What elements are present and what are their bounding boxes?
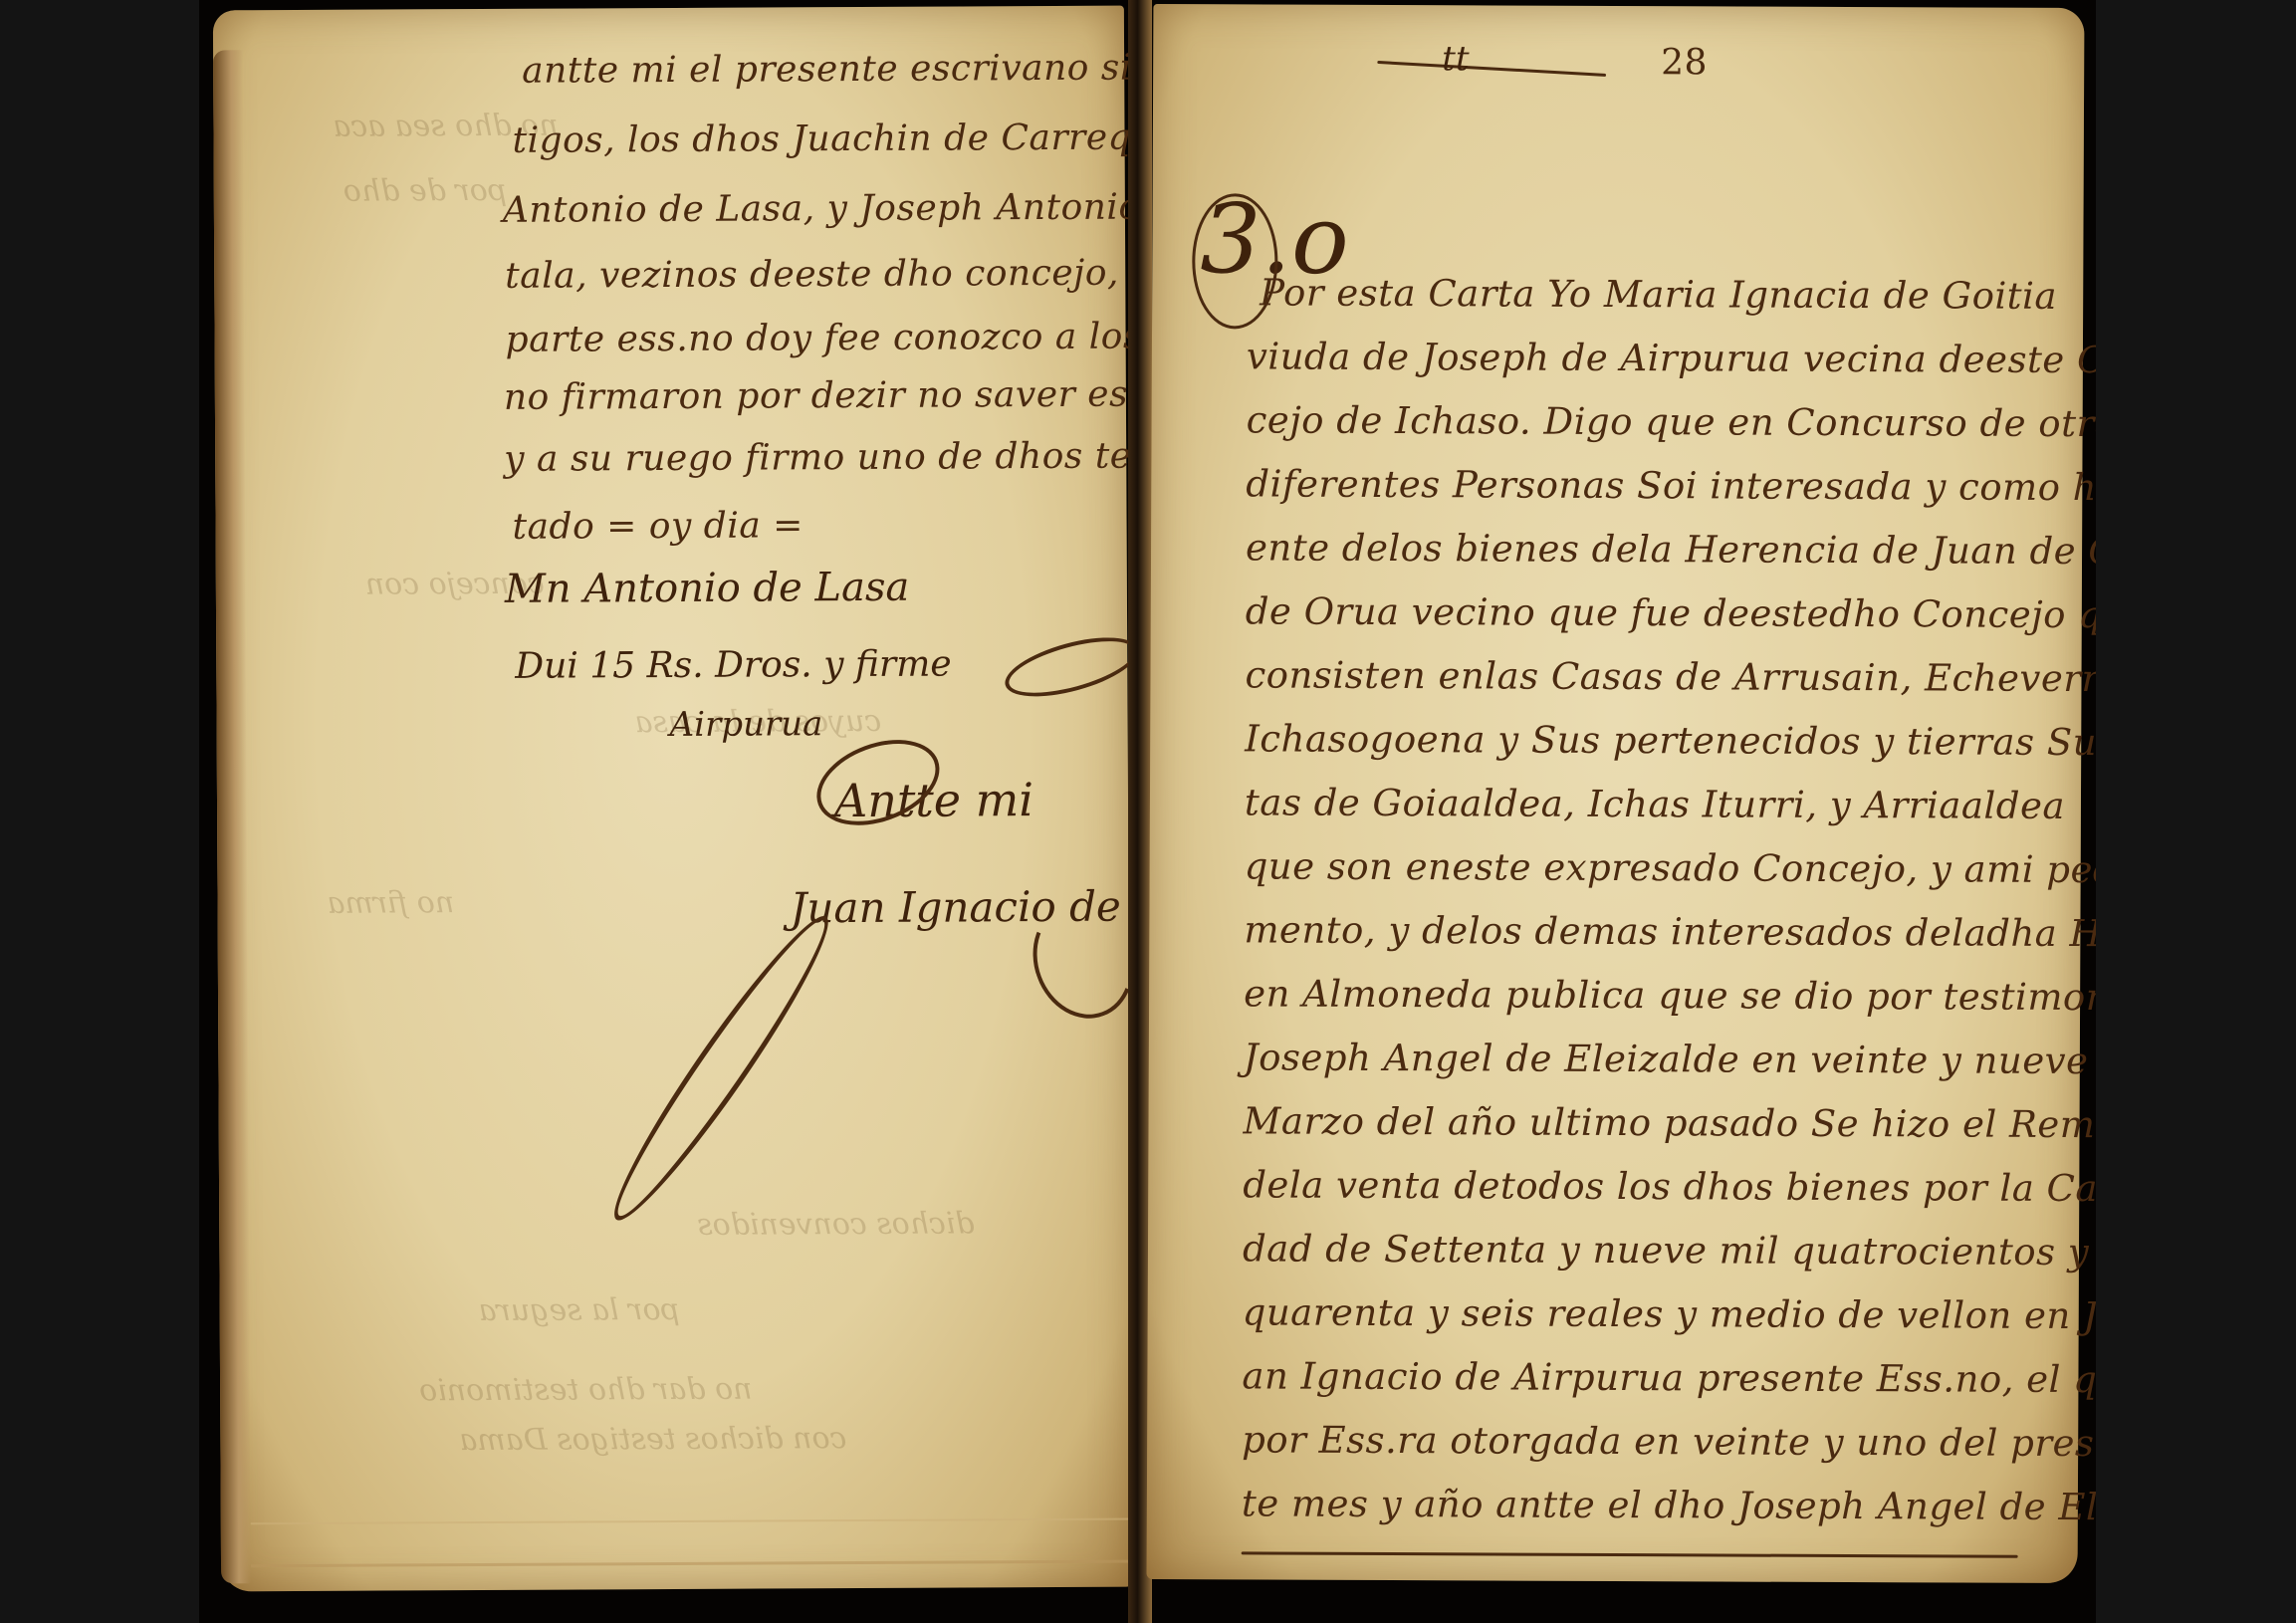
text-line: no firmaron por dezir no saver escrivir: [504, 373, 1229, 418]
text-line: diferentes Personas Soi interesada y com…: [1246, 462, 2096, 509]
bleed-through-text: por la segura: [479, 1292, 680, 1328]
text-line: que son eneste expresado Concejo, y ami …: [1245, 844, 2096, 891]
bleed-through-text: no dar dho testimonio: [419, 1372, 753, 1409]
signature-airpurua-short: Airpurua: [670, 704, 823, 745]
left-page: no dho sea aca por de dho concejo con cu…: [213, 6, 1132, 1592]
signature-flourish: [999, 626, 1144, 709]
bleed-through-text: con dichos testigos Dama: [459, 1421, 846, 1458]
text-line: cejo de Ichaso. Digo que en Concurso de …: [1247, 398, 2096, 445]
closing-rule: [1242, 1551, 2018, 1557]
text-line: por Ess.ra otorgada en veinte y uno del …: [1242, 1418, 2096, 1465]
manuscript-scan: no dho sea aca por de dho concejo con cu…: [199, 0, 2096, 1623]
text-line: Por esta Carta Yo Maria Ignacia de Goiti…: [1260, 271, 2057, 317]
text-line: an Ignacio de Airpurua presente Ess.no, …: [1242, 1354, 2096, 1401]
text-line: Joseph Angel de Eleizalde en veinte y nu…: [1244, 1036, 2096, 1082]
text-line: Ichasogoena y Sus pertenecidos y tierras…: [1245, 717, 2096, 764]
page-edge: [213, 50, 251, 1583]
text-line: dad de Settenta y nueve mil quatrociento…: [1243, 1227, 2089, 1274]
signature-lasa: Mn Antonio de Lasa: [505, 565, 910, 612]
left-page-text: antte mi el presente escrivano siendo te…: [213, 6, 1124, 11]
folio-number: 28: [1661, 42, 1708, 83]
text-line: dela venta detodos los dhos bienes por l…: [1243, 1163, 2096, 1210]
text-line: ente delos bienes dela Herencia de Juan …: [1246, 526, 2096, 573]
text-line: tas de Goiaaldea, Ichas Iturri, y Arriaa…: [1245, 781, 2065, 827]
text-line: viuda de Joseph de Airpurua vecina deest…: [1247, 335, 2096, 381]
text-line: en Almoneda publica que se dio por testi…: [1244, 972, 2096, 1019]
folio-mark: tt: [1442, 39, 1470, 79]
text-line: te mes y año antte el dho Joseph Angel d…: [1242, 1482, 2096, 1528]
right-page-text: Por esta Carta Yo Maria Ignacia de Goiti…: [1153, 4, 2084, 8]
bleed-through-text: por de dho: [344, 173, 507, 209]
text-line: quarenta y seis reales y medio de vellon…: [1243, 1290, 2096, 1337]
fee-note: Dui 15 Rs. Dros. y firme: [515, 644, 951, 687]
text-line: consisten enlas Casas de Arrusain, Echev…: [1245, 653, 2096, 700]
bleed-through-text: dichos convenidos: [697, 1206, 975, 1242]
signature-flourish: [596, 902, 847, 1234]
page-stack-edge: [251, 1518, 1147, 1568]
folio-flourish: [1377, 61, 1606, 77]
text-line: Marzo del año ultimo pasado Se hizo el R…: [1243, 1099, 2096, 1146]
right-page: tt 28 3.o Por esta Carta Yo Maria Ignaci…: [1147, 4, 2085, 1583]
bleed-through-text: no firma: [327, 885, 454, 921]
text-line: de Orua vecino que fue deestedho Concejo…: [1246, 589, 2096, 636]
text-line: mento, y delos demas interesados deladha…: [1244, 908, 2096, 955]
text-line: tado = oy dia =: [512, 505, 804, 548]
